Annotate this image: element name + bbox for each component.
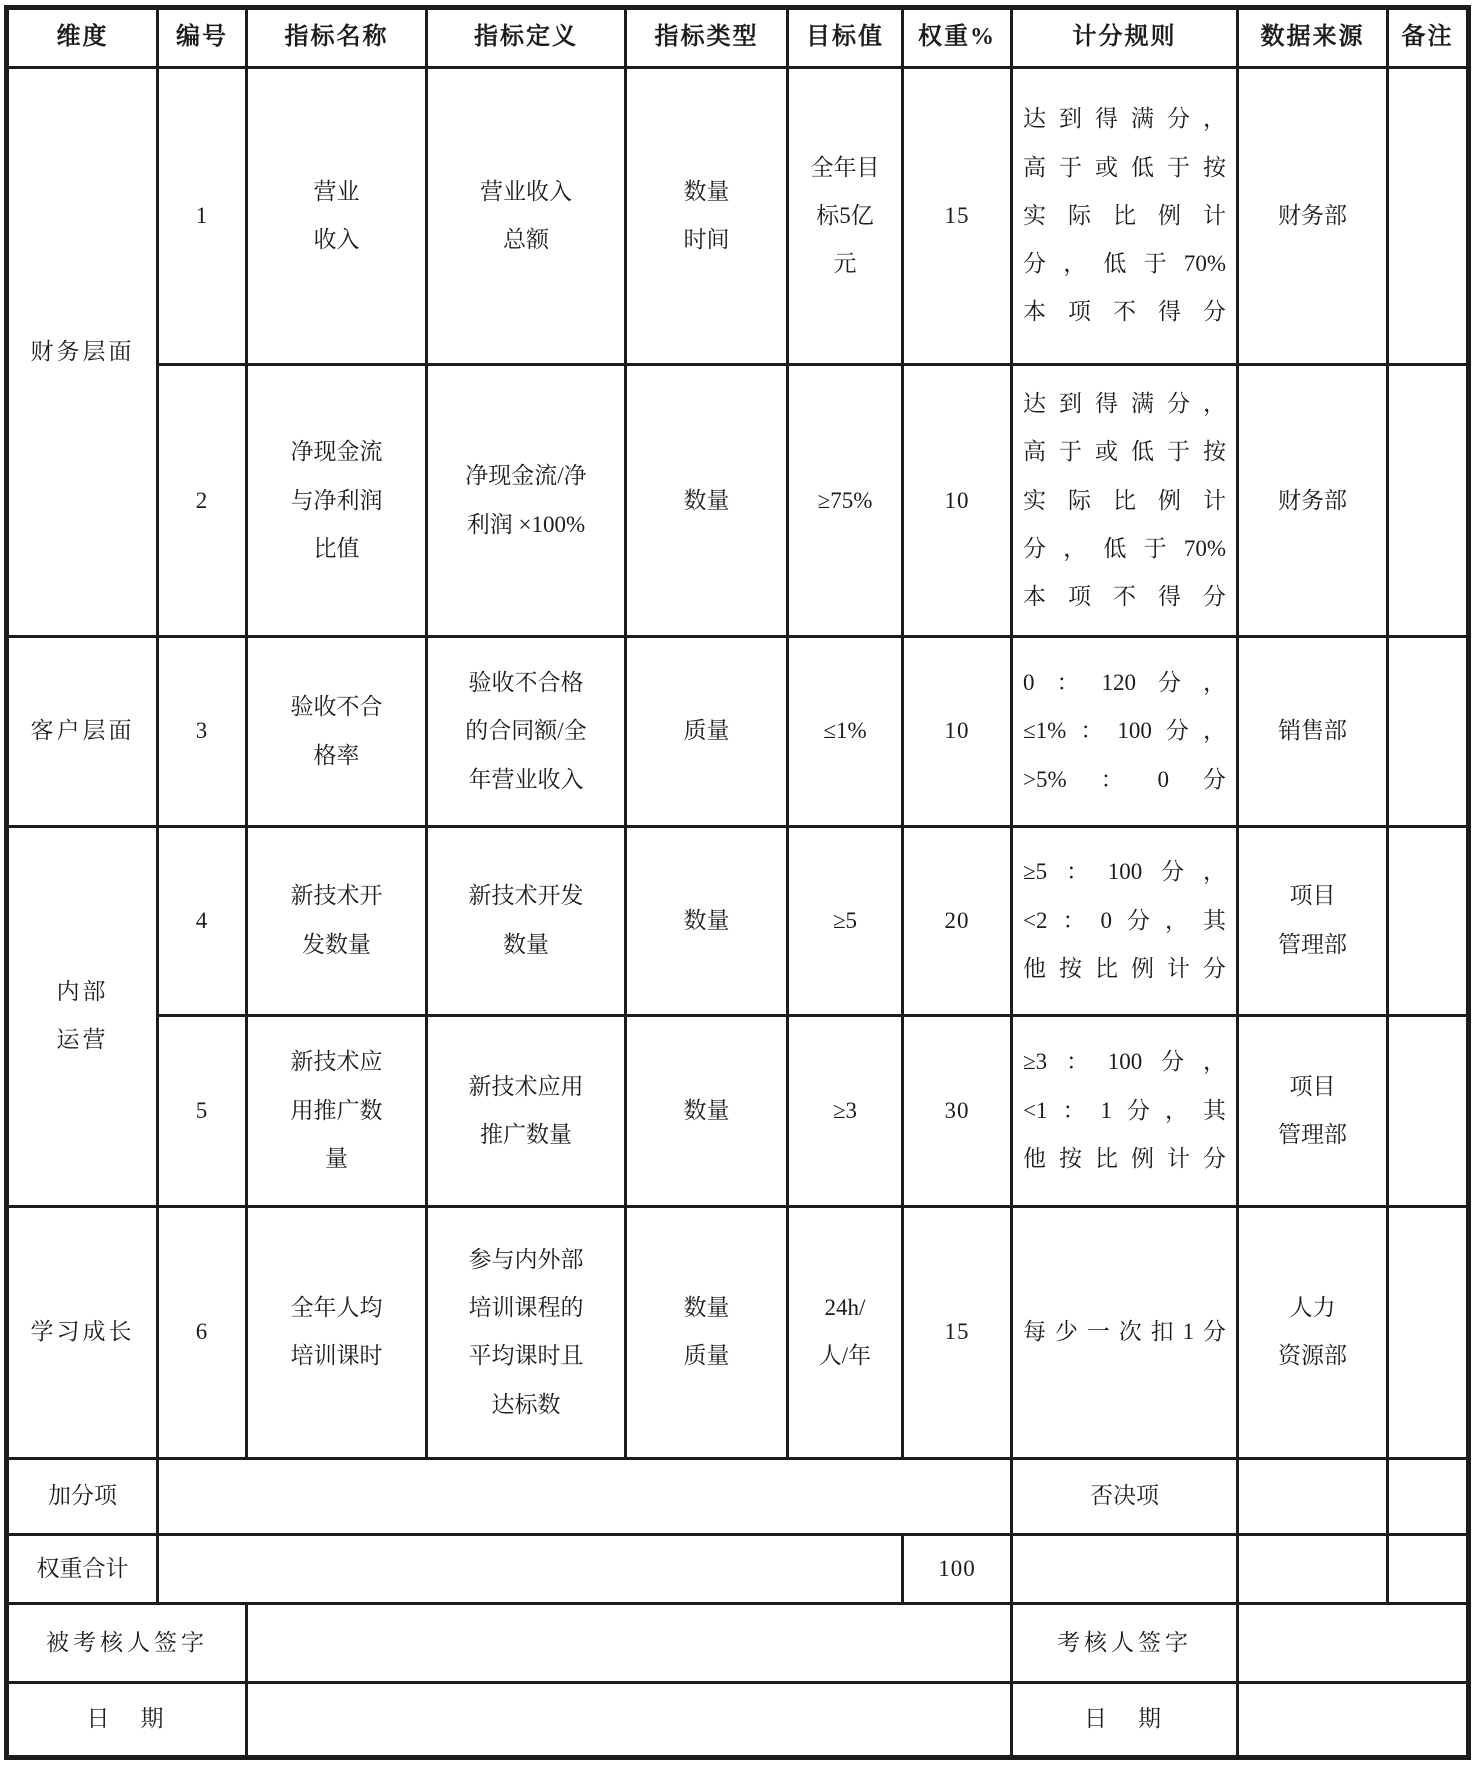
cell-indicator-type: 数量 bbox=[626, 1015, 788, 1206]
col-header-remark: 备注 bbox=[1388, 8, 1469, 68]
cell-remark bbox=[1388, 1207, 1469, 1459]
cell-indicator-type: 数量 bbox=[626, 365, 788, 637]
col-header-scoring-rule: 计分规则 bbox=[1012, 8, 1238, 68]
dimension-financial: 财务层面 bbox=[7, 67, 158, 637]
cell-scoring-rule: ≥3：100分， <1：1分，其 他按比例计分 bbox=[1012, 1015, 1238, 1206]
cell-scoring-rule: 达到得满分， 高于或低于按 实际比例计 分，低于70% 本项不得分 bbox=[1012, 67, 1238, 364]
date-label-right: 日 期 bbox=[1012, 1683, 1238, 1758]
col-header-data-source: 数据来源 bbox=[1238, 8, 1388, 68]
cell-indicator-definition: 新技术应用 推广数量 bbox=[427, 1015, 626, 1206]
cell-indicator-type: 数量 时间 bbox=[626, 67, 788, 364]
weight-total-empty-rule bbox=[1012, 1535, 1238, 1604]
bonus-veto-row: 加分项 否决项 bbox=[7, 1458, 1469, 1535]
col-header-weight: 权重% bbox=[903, 8, 1012, 68]
cell-indicator-definition: 营业收入 总额 bbox=[427, 67, 626, 364]
cell-target-value: ≥5 bbox=[788, 826, 903, 1015]
weight-total-label: 权重合计 bbox=[7, 1535, 158, 1604]
table-row: 财务层面 1 营业 收入 营业收入 总额 数量 时间 全年目 标5亿 元 15 … bbox=[7, 67, 1469, 364]
col-header-number: 编号 bbox=[158, 8, 247, 68]
cell-remark bbox=[1388, 826, 1469, 1015]
signature-row: 被考核人签字 考核人签字 bbox=[7, 1604, 1469, 1683]
cell-target-value: ≤1% bbox=[788, 637, 903, 826]
cell-data-source: 财务部 bbox=[1238, 365, 1388, 637]
weight-total-value: 100 bbox=[903, 1535, 1012, 1604]
cell-target-value: 24h/ 人/年 bbox=[788, 1207, 903, 1459]
cell-indicator-name: 新技术应 用推广数 量 bbox=[247, 1015, 427, 1206]
cell-indicator-definition: 验收不合格 的合同额/全 年营业收入 bbox=[427, 637, 626, 826]
cell-number: 4 bbox=[158, 826, 247, 1015]
dimension-customer: 客户层面 bbox=[7, 637, 158, 826]
bonus-item-value bbox=[158, 1458, 1012, 1535]
cell-data-source: 人力 资源部 bbox=[1238, 1207, 1388, 1459]
cell-weight: 10 bbox=[903, 637, 1012, 826]
veto-item-value bbox=[1238, 1458, 1388, 1535]
kpi-assessment-table: 维度 编号 指标名称 指标定义 指标类型 目标值 权重% 计分规则 数据来源 备… bbox=[4, 5, 1471, 1760]
cell-scoring-rule: ≥5：100分， <2：0分，其 他按比例计分 bbox=[1012, 826, 1238, 1015]
weight-total-empty-source bbox=[1238, 1535, 1388, 1604]
cell-weight: 20 bbox=[903, 826, 1012, 1015]
cell-indicator-name: 全年人均 培训课时 bbox=[247, 1207, 427, 1459]
table-row: 学习成长 6 全年人均 培训课时 参与内外部 培训课程的 平均课时且 达标数 数… bbox=[7, 1207, 1469, 1459]
col-header-target-value: 目标值 bbox=[788, 8, 903, 68]
date-row: 日 期 日 期 bbox=[7, 1683, 1469, 1758]
cell-data-source: 销售部 bbox=[1238, 637, 1388, 826]
cell-weight: 15 bbox=[903, 67, 1012, 364]
table-row: 客户层面 3 验收不合 格率 验收不合格 的合同额/全 年营业收入 质量 ≤1%… bbox=[7, 637, 1469, 826]
veto-remark bbox=[1388, 1458, 1469, 1535]
cell-weight: 15 bbox=[903, 1207, 1012, 1459]
cell-remark bbox=[1388, 637, 1469, 826]
cell-weight: 30 bbox=[903, 1015, 1012, 1206]
cell-data-source: 项目 管理部 bbox=[1238, 1015, 1388, 1206]
cell-indicator-definition: 参与内外部 培训课程的 平均课时且 达标数 bbox=[427, 1207, 626, 1459]
cell-number: 3 bbox=[158, 637, 247, 826]
cell-scoring-rule: 达到得满分， 高于或低于按 实际比例计 分，低于70% 本项不得分 bbox=[1012, 365, 1238, 637]
date-field-left bbox=[247, 1683, 1012, 1758]
header-row: 维度 编号 指标名称 指标定义 指标类型 目标值 权重% 计分规则 数据来源 备… bbox=[7, 8, 1469, 68]
col-header-dimension: 维度 bbox=[7, 8, 158, 68]
cell-indicator-name: 营业 收入 bbox=[247, 67, 427, 364]
cell-indicator-definition: 净现金流/净 利润 ×100% bbox=[427, 365, 626, 637]
cell-target-value: ≥75% bbox=[788, 365, 903, 637]
dimension-learning-growth: 学习成长 bbox=[7, 1207, 158, 1459]
date-label-left: 日 期 bbox=[7, 1683, 247, 1758]
dimension-internal-operations: 内部 运营 bbox=[7, 826, 158, 1206]
cell-indicator-name: 新技术开 发数量 bbox=[247, 826, 427, 1015]
cell-number: 5 bbox=[158, 1015, 247, 1206]
veto-item-label: 否决项 bbox=[1012, 1458, 1238, 1535]
bonus-item-label: 加分项 bbox=[7, 1458, 158, 1535]
col-header-indicator-type: 指标类型 bbox=[626, 8, 788, 68]
assessee-signature-field bbox=[247, 1604, 1012, 1683]
col-header-indicator-name: 指标名称 bbox=[247, 8, 427, 68]
cell-number: 1 bbox=[158, 67, 247, 364]
cell-remark bbox=[1388, 1015, 1469, 1206]
table-row: 5 新技术应 用推广数 量 新技术应用 推广数量 数量 ≥3 30 ≥3：100… bbox=[7, 1015, 1469, 1206]
assessor-signature-field bbox=[1238, 1604, 1469, 1683]
cell-indicator-type: 数量 bbox=[626, 826, 788, 1015]
assessee-signature-label: 被考核人签字 bbox=[7, 1604, 247, 1683]
weight-total-empty-remark bbox=[1388, 1535, 1469, 1604]
cell-scoring-rule: 0：120分， ≤1%：100分， >5%：0分 bbox=[1012, 637, 1238, 826]
table-row: 2 净现金流 与净利润 比值 净现金流/净 利润 ×100% 数量 ≥75% 1… bbox=[7, 365, 1469, 637]
cell-data-source: 财务部 bbox=[1238, 67, 1388, 364]
cell-target-value: 全年目 标5亿 元 bbox=[788, 67, 903, 364]
cell-scoring-rule: 每少一次扣1分 bbox=[1012, 1207, 1238, 1459]
col-header-indicator-definition: 指标定义 bbox=[427, 8, 626, 68]
weight-total-row: 权重合计 100 bbox=[7, 1535, 1469, 1604]
cell-indicator-definition: 新技术开发 数量 bbox=[427, 826, 626, 1015]
cell-target-value: ≥3 bbox=[788, 1015, 903, 1206]
cell-remark bbox=[1388, 67, 1469, 364]
cell-number: 6 bbox=[158, 1207, 247, 1459]
weight-total-spacer bbox=[158, 1535, 903, 1604]
cell-indicator-type: 质量 bbox=[626, 637, 788, 826]
cell-indicator-name: 净现金流 与净利润 比值 bbox=[247, 365, 427, 637]
cell-indicator-type: 数量 质量 bbox=[626, 1207, 788, 1459]
assessor-signature-label: 考核人签字 bbox=[1012, 1604, 1238, 1683]
cell-remark bbox=[1388, 365, 1469, 637]
cell-indicator-name: 验收不合 格率 bbox=[247, 637, 427, 826]
date-field-right bbox=[1238, 1683, 1469, 1758]
cell-weight: 10 bbox=[903, 365, 1012, 637]
cell-data-source: 项目 管理部 bbox=[1238, 826, 1388, 1015]
table-row: 内部 运营 4 新技术开 发数量 新技术开发 数量 数量 ≥5 20 ≥5：10… bbox=[7, 826, 1469, 1015]
cell-number: 2 bbox=[158, 365, 247, 637]
